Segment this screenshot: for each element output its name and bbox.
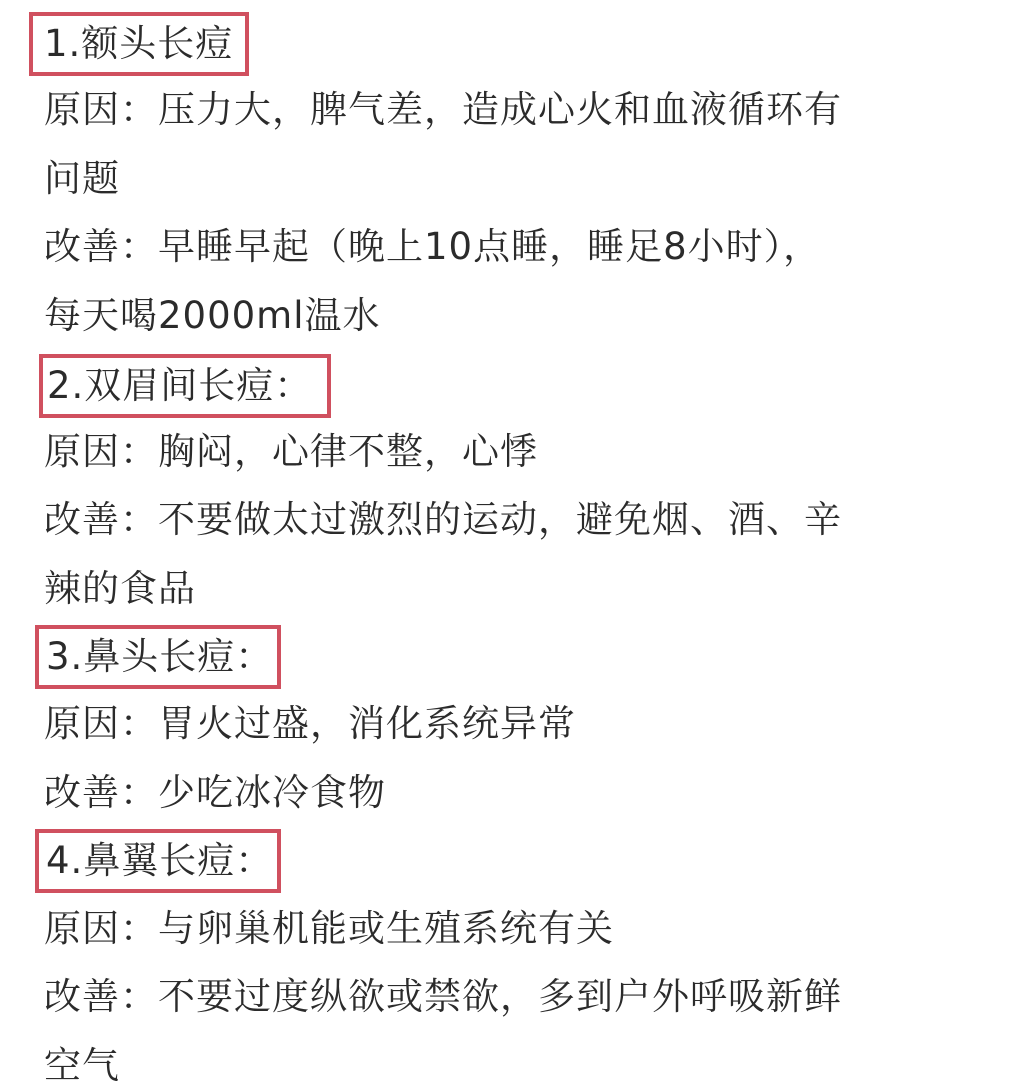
section-heading: 3.鼻头长痘： bbox=[46, 635, 273, 679]
heading-box-4: 4.鼻翼长痘： bbox=[35, 829, 281, 893]
heading-box-3: 3.鼻头长痘： bbox=[35, 625, 281, 689]
section-heading: 1.额头长痘 bbox=[44, 22, 233, 66]
cause-text: 原因：压力大，脾气差，造成心火和血液循环有 bbox=[44, 88, 842, 132]
remedy-text: 改善：早睡早起（晚上10点睡，睡足8小时）， bbox=[44, 225, 821, 269]
cause-text: 原因：胃火过盛，消化系统异常 bbox=[44, 702, 576, 746]
remedy-text: 改善：少吃冰冷食物 bbox=[44, 771, 386, 815]
heading-box-2: 2.双眉间长痘： bbox=[39, 354, 331, 418]
cause-text: 原因：胸闷，心律不整，心悸 bbox=[44, 430, 538, 474]
section-heading: 2.双眉间长痘： bbox=[47, 364, 312, 408]
remedy-text: 改善：不要过度纵欲或禁欲，多到户外呼吸新鲜 bbox=[44, 975, 842, 1019]
remedy-text: 改善：不要做太过激烈的运动，避免烟、酒、辛 bbox=[44, 498, 842, 542]
remedy-text-cont: 辣的食品 bbox=[44, 567, 196, 611]
remedy-text-cont: 空气 bbox=[44, 1044, 120, 1088]
section-heading: 4.鼻翼长痘： bbox=[46, 839, 273, 883]
remedy-text-cont: 每天喝2000ml温水 bbox=[44, 294, 380, 338]
heading-box-1: 1.额头长痘 bbox=[29, 12, 249, 76]
cause-text: 原因：与卵巢机能或生殖系统有关 bbox=[44, 907, 614, 951]
cause-text-cont: 问题 bbox=[44, 157, 120, 201]
